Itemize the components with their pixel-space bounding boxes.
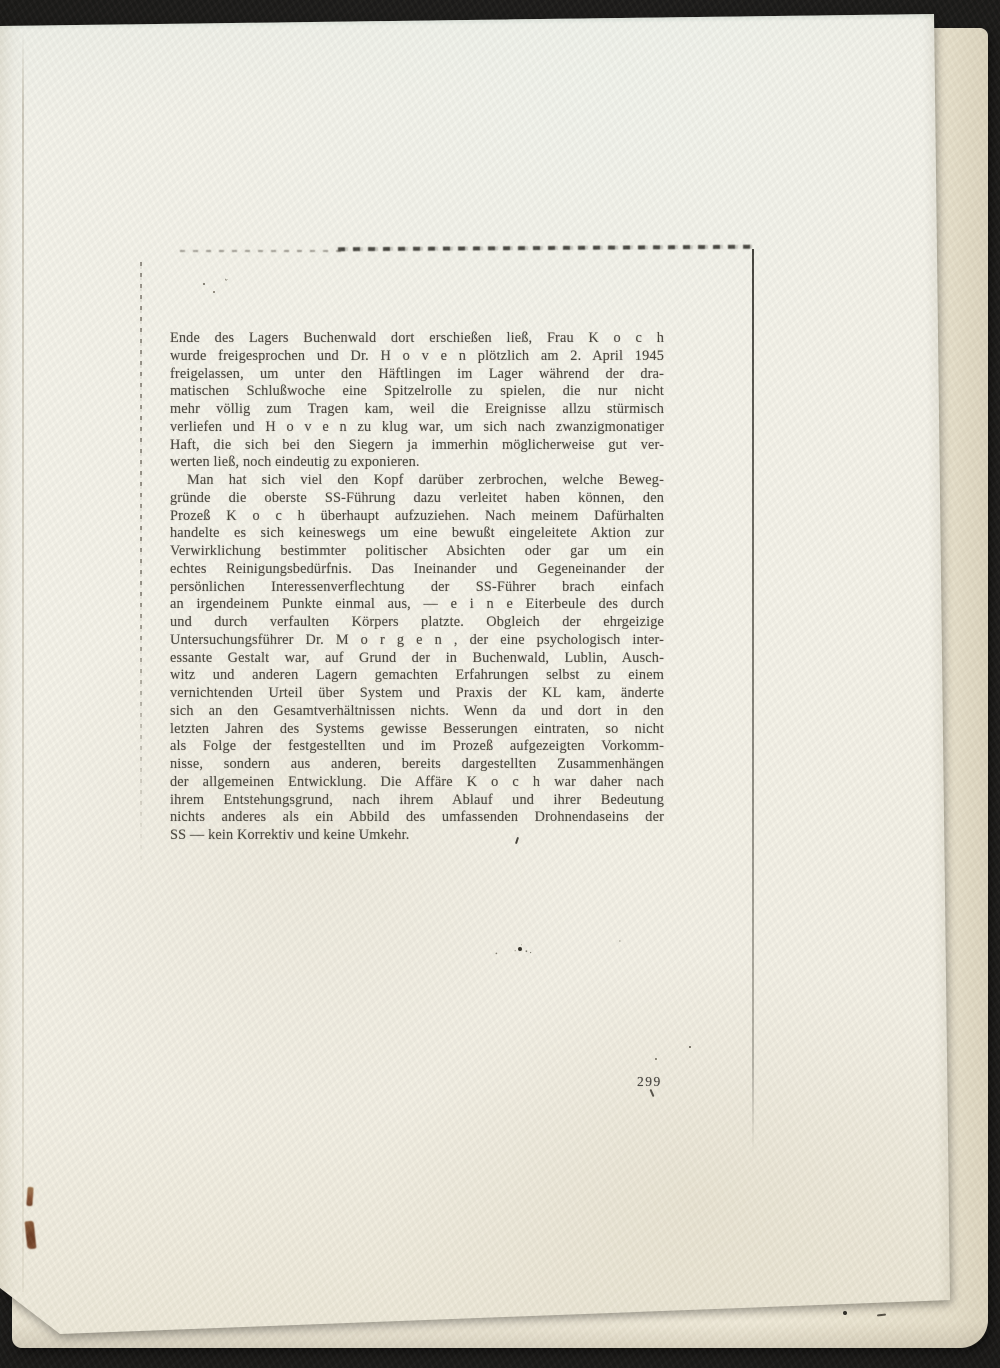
scan-frame-line-right [752, 249, 754, 1155]
dust-speck-icon [213, 291, 215, 293]
text-line: nichts anderes als ein Abbild des umfass… [170, 809, 664, 827]
text-line: Man hat sich viel den Kopf darüber zerbr… [170, 472, 664, 490]
text-line: als Folge der festgestellten und im Proz… [170, 738, 664, 756]
text-line: echtes Reinigungsbedürfnis. Das Ineinand… [170, 561, 664, 579]
text-line: werten ließ, noch eindeutig zu exponiere… [170, 454, 664, 472]
text-line: Verwirklichung bestimmter politischer Ab… [170, 543, 664, 561]
dust-mark-icon: ˇ [222, 279, 228, 290]
text-line: sich an den Gesamtverhältnissen nichts. … [170, 703, 664, 721]
page-number: 299 [637, 1074, 662, 1090]
dust-speck-icon [843, 1311, 847, 1315]
text-line: persönlichen Interessenverflechtung der … [170, 579, 664, 597]
page-crease-line [22, 30, 24, 1292]
text-line: Prozeß K o c h überhaupt aufzuziehen. Na… [170, 508, 664, 526]
text-line: matischen Schlußwoche eine Spitzelrolle … [170, 383, 664, 401]
scanned-page: ˇ Ende des Lagers Buchenwald dort erschi… [0, 0, 1000, 1368]
text-line: witz und anderen Lagern gemachten Erfahr… [170, 667, 664, 685]
text-line: SS — kein Korrektiv und keine Umkehr. [170, 827, 664, 845]
dust-speck-icon [203, 283, 205, 285]
text-line: freigelassen, um unter den Häftlingen im… [170, 366, 664, 384]
ink-smudge-icon [518, 947, 523, 952]
page-top-edge-tint [0, 12, 945, 30]
scan-smudge-line-faint [180, 250, 342, 252]
scanned-page-wrap: ˇ Ende des Lagers Buchenwald dort erschi… [0, 0, 1000, 1368]
text-line: mehr völlig zum Tragen kam, weil die Ere… [170, 401, 664, 419]
dust-speck-icon [689, 1046, 691, 1048]
text-line: Haft, die sich bei den Siegern ja immerh… [170, 437, 664, 455]
page-right-edge-shade [922, 14, 962, 1309]
text-line: an irgendeinem Punkte einmal aus, — e i … [170, 596, 664, 614]
text-line: wurde freigesprochen und Dr. H o v e n p… [170, 348, 664, 366]
page-left-edge-shade [0, 24, 22, 1292]
page-number-tick-icon [649, 1089, 654, 1097]
text-line: gründe die oberste SS-Führung dazu verle… [170, 490, 664, 508]
photo-backdrop: ˇ Ende des Lagers Buchenwald dort erschi… [0, 0, 1000, 1368]
text-line: essante Gestalt war, auf Grund der in Bu… [170, 650, 664, 668]
text-line: ihrem Entstehungsgrund, nach ihrem Ablau… [170, 792, 664, 810]
binding-stain-top [26, 1187, 33, 1206]
text-line: nisse, sondern aus anderen, bereits darg… [170, 756, 664, 774]
dust-speck-icon [655, 1058, 657, 1060]
text-line: Ende des Lagers Buchenwald dort erschieß… [170, 330, 664, 348]
text-line: letzten Jahren des Systems gewisse Besse… [170, 721, 664, 739]
text-line: Untersuchungsführer Dr. M o r g e n , de… [170, 632, 664, 650]
text-line: handelte es sich keineswegs um eine bewu… [170, 525, 664, 543]
binding-stain-bottom [25, 1221, 37, 1250]
text-line: der allgemeinen Entwicklung. Die Affäre … [170, 774, 664, 792]
scan-smudge-line [338, 245, 752, 252]
text-block: Ende des Lagers Buchenwald dort erschieß… [170, 330, 664, 845]
scan-frame-line-left [140, 262, 142, 880]
text-line: vernichtenden Urteil über System und Pra… [170, 685, 664, 703]
text-line: und durch verfaulten Körpers platzte. Ob… [170, 614, 664, 632]
text-line: verliefen und H o v e n zu klug war, um … [170, 419, 664, 437]
